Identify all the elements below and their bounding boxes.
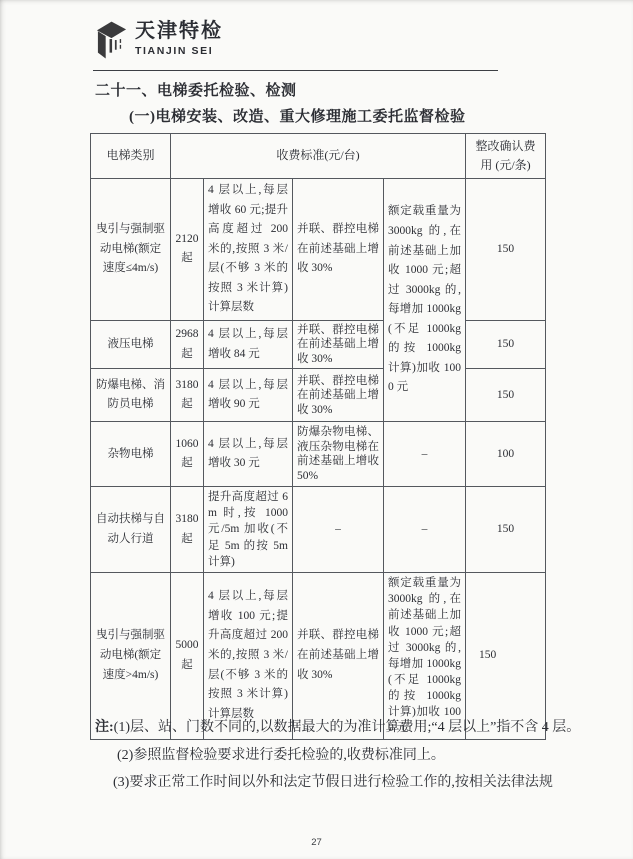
fee-table: 电梯类别 收费标准(元/台) 整改确认费用 (元/条) 曳引与强制驱动电梯(额定… [90, 133, 546, 740]
cell-category: 自动扶梯与自动人行道 [91, 487, 171, 572]
cell-group-surcharge: 防爆杂物电梯、液压杂物电梯在前述基础上增收 50% [293, 422, 384, 487]
cell-confirm-fee: 150 [466, 320, 546, 368]
logo-chinese-name: 天津特检 [135, 19, 223, 43]
cell-floor-surcharge: 4 层以上,每层增收 84 元 [204, 320, 293, 368]
cell-load-surcharge-merged: 额定载重量为 3000kg 的,在前述基础上加收 1000 元;超过 3000k… [384, 179, 466, 422]
cell-floor-surcharge: 4 层以上,每层增收 90 元 [204, 369, 293, 422]
cell-confirm-fee: 100 [466, 422, 546, 487]
cell-floor-surcharge: 提升高度超过 6m 时,按 1000 元/5m 加收(不足 5m 的按 5m 计… [204, 487, 293, 572]
scanned-document-page: 天津特检 TIANJIN SEI 二十一、电梯委托检验、检测 (一)电梯安装、改… [0, 0, 633, 859]
cell-dash: – [293, 487, 384, 572]
note-line-1: 注:(1)层、站、门数不同的,以数据最大的为准计算费用;“4 层以上”指不含 4… [95, 714, 587, 742]
cell-confirm-fee: 150 [466, 179, 546, 321]
table-row-dumbwaiter: 杂物电梯 1060起 4 层以上,每层增收 30 元 防爆杂物电梯、液压杂物电梯… [91, 422, 546, 487]
note-1-text: (1)层、站、门数不同的,以数据最大的为准计算费用;“4 层以上”指不含 4 层… [114, 720, 581, 735]
header-cell-confirm-fee: 整改确认费用 (元/条) [466, 134, 546, 179]
cell-category: 液压电梯 [91, 320, 171, 368]
table-row-traction-le4: 曳引与强制驱动电梯(额定速度≤4m/s) 2120起 4 层以上,每层增收 60… [91, 179, 546, 321]
cell-dash: – [384, 422, 466, 487]
letterhead: 天津特检 TIANJIN SEI [95, 19, 223, 63]
cell-confirm-fee: 150 [466, 369, 546, 422]
page-number: 27 [0, 837, 633, 848]
cell-floor-surcharge: 4 层以上,每层增收 30 元 [204, 422, 293, 487]
cell-dash: – [384, 487, 466, 572]
cell-group-surcharge: 并联、群控电梯在前述基础上增收 30% [293, 369, 384, 422]
note-line-3: (3)要求正常工作时间以外和法定节假日进行检验工作的,按相关法律法规 [95, 769, 587, 797]
note-line-2: (2)参照监督检验要求进行委托检验的,收费标准同上。 [95, 742, 587, 770]
cell-base-fee: 1060起 [171, 422, 204, 487]
logo-text: 天津特检 TIANJIN SEI [135, 19, 223, 57]
note-prefix: 注: [95, 720, 114, 735]
cell-base-fee: 2968起 [171, 320, 204, 368]
table-row-explosionproof-firefighter: 防爆电梯、消防员电梯 3180起 4 层以上,每层增收 90 元 并联、群控电梯… [91, 369, 546, 422]
cell-base-fee: 3180起 [171, 487, 204, 572]
notes-block: 注:(1)层、站、门数不同的,以数据最大的为准计算费用;“4 层以上”指不含 4… [95, 714, 587, 797]
section-heading: 二十一、电梯委托检验、检测 [95, 79, 297, 100]
cell-group-surcharge: 并联、群控电梯在前述基础上增收 30% [293, 320, 384, 368]
cell-base-fee: 3180起 [171, 369, 204, 422]
header-cell-category: 电梯类别 [91, 134, 171, 179]
table-header-row: 电梯类别 收费标准(元/台) 整改确认费用 (元/条) [91, 134, 546, 179]
logo-english-name: TIANJIN SEI [135, 45, 223, 57]
cell-floor-surcharge: 4 层以上,每层增收 60 元;提升高度超过 200 米的,按照 3 米/层(不… [204, 179, 293, 321]
table-row-escalator-walkway: 自动扶梯与自动人行道 3180起 提升高度超过 6m 时,按 1000 元/5m… [91, 487, 546, 572]
cell-category: 防爆电梯、消防员电梯 [91, 369, 171, 422]
table-row-hydraulic: 液压电梯 2968起 4 层以上,每层增收 84 元 并联、群控电梯在前述基础上… [91, 320, 546, 368]
cell-confirm-fee: 150 [466, 487, 546, 572]
fee-table-wrapper: 电梯类别 收费标准(元/台) 整改确认费用 (元/条) 曳引与强制驱动电梯(额定… [90, 133, 546, 740]
logo-cube-icon [95, 19, 128, 63]
section-subheading: (一)电梯安装、改造、重大修理施工委托监督检验 [129, 105, 466, 126]
cell-category: 杂物电梯 [91, 422, 171, 487]
cell-base-fee: 2120起 [171, 179, 204, 321]
letterhead-divider [93, 70, 498, 71]
header-cell-fee-standard: 收费标准(元/台) [171, 134, 466, 179]
cell-group-surcharge: 并联、群控电梯在前述基础上增收 30% [293, 179, 384, 321]
cell-category: 曳引与强制驱动电梯(额定速度≤4m/s) [91, 179, 171, 321]
